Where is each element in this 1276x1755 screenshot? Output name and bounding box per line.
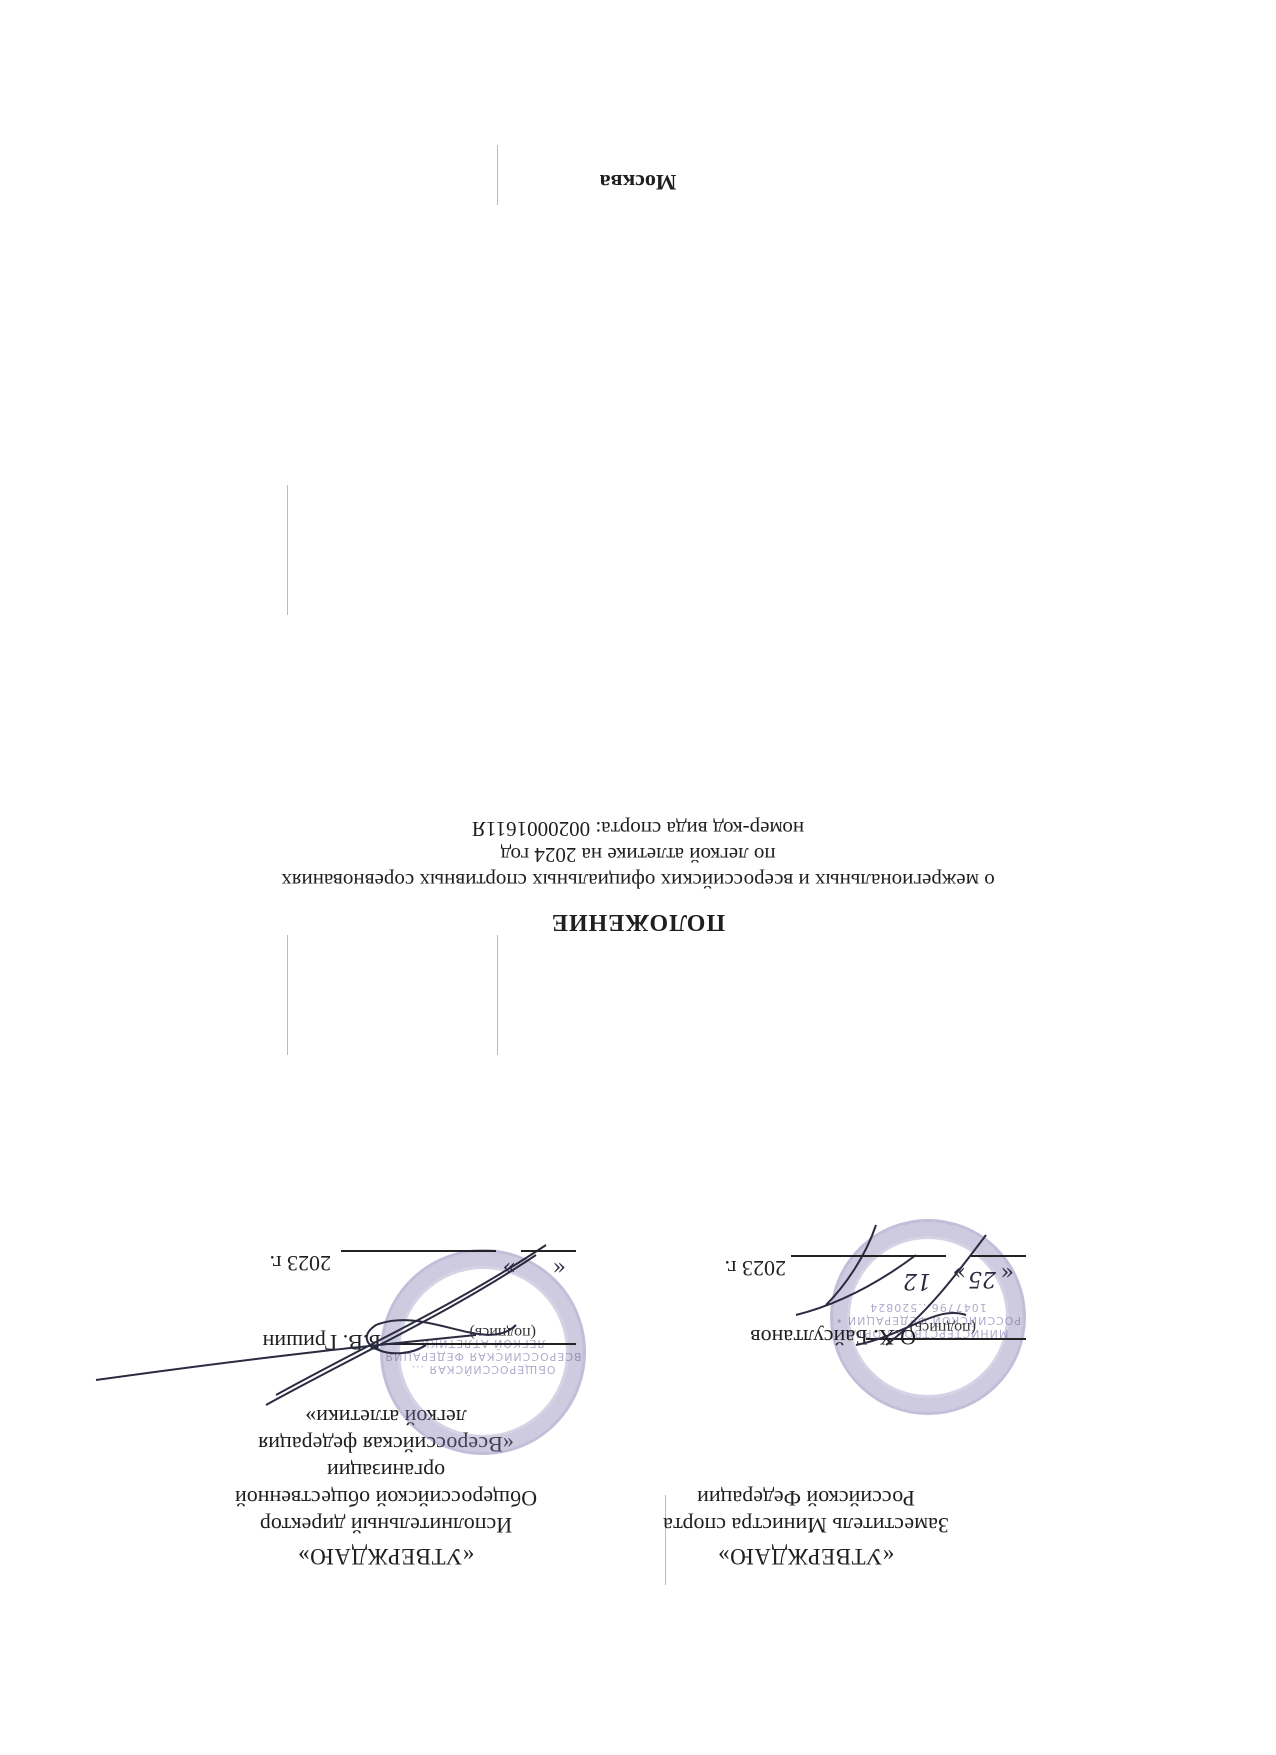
document-subtitle-line: по легкой атлетике на 2024 год bbox=[0, 842, 1276, 867]
scan-artifact bbox=[497, 935, 498, 1055]
date-line bbox=[521, 1250, 576, 1252]
sport-code-line: номер-код вида спорта: 0020001611Я bbox=[0, 816, 1276, 841]
date-line bbox=[791, 1255, 946, 1257]
document-subtitle-line: о межрегиональных и всероссийских официа… bbox=[0, 868, 1276, 893]
date-year: 2023 г. bbox=[724, 1255, 786, 1281]
approval-heading: «УТВЕРЖДАЮ» bbox=[176, 1543, 596, 1570]
date-quote-close: » bbox=[953, 1260, 966, 1285]
date-quote-close: » bbox=[503, 1255, 516, 1280]
date-line bbox=[341, 1250, 496, 1252]
document-page: «УТВЕРЖДАЮ» Заместитель Министра спорта … bbox=[0, 0, 1276, 1755]
date-quote-open: « bbox=[553, 1255, 566, 1280]
document-title: ПОЛОЖЕНИЕ bbox=[0, 908, 1276, 935]
approval-position-line: Общероссийской общественной bbox=[176, 1485, 596, 1512]
date-field-ministry: « 25 » 12 2023 г. bbox=[626, 1245, 1026, 1285]
city: Москва bbox=[0, 169, 1276, 195]
scan-artifact bbox=[287, 935, 288, 1055]
approval-position-line: Исполнительный директор bbox=[176, 1512, 596, 1539]
date-year: 2023 г. bbox=[269, 1250, 331, 1276]
date-day: 25 bbox=[968, 1266, 996, 1291]
scan-artifact bbox=[287, 485, 288, 615]
date-line bbox=[971, 1255, 1026, 1257]
date-field-federation: « » 2023 г. bbox=[176, 1240, 576, 1280]
date-month: 12 bbox=[903, 1268, 931, 1293]
approval-position-line: организации bbox=[176, 1458, 596, 1485]
approval-heading: «УТВЕРЖДАЮ» bbox=[626, 1543, 986, 1570]
date-quote-open: « bbox=[1001, 1260, 1014, 1285]
approval-ministry: «УТВЕРЖДАЮ» Заместитель Министра спорта … bbox=[626, 1485, 986, 1570]
approval-position-line: Российской Федерации bbox=[626, 1485, 986, 1512]
approval-position-line: Заместитель Министра спорта bbox=[626, 1512, 986, 1539]
